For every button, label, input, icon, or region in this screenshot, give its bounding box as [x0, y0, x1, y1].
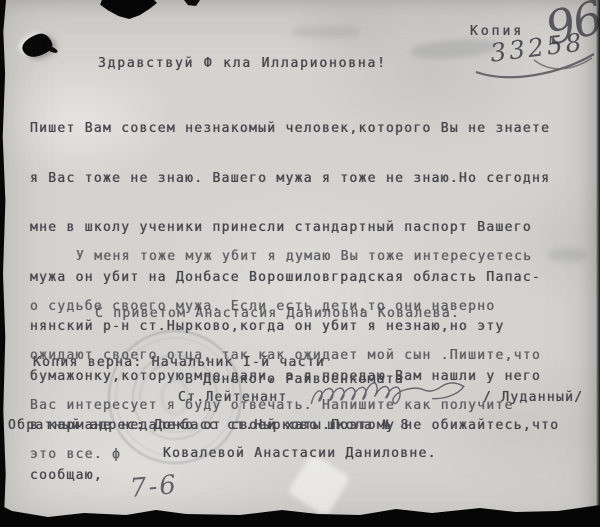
letter-line: Пишет Вам совсем незнакомый человек,кото… — [30, 121, 559, 138]
return-address-line: Обратный адрес: Донбасс ст.Нырково школа… — [8, 418, 410, 433]
addressee-line: Ковалевой Анастасии Даниловне. — [163, 446, 437, 461]
letter-line: я Вас тоже не знаю. Вашего мужа я тоже н… — [30, 171, 559, 188]
handwritten-flourish — [468, 38, 598, 88]
handwritten-signature — [308, 377, 478, 411]
scan-edge-right — [596, 0, 600, 527]
certification-line-1: Копия верна: Начальник I-й части — [33, 355, 325, 370]
handwritten-footnote: 7-6 — [129, 470, 179, 504]
certification-name: / Луданный/ — [483, 390, 583, 405]
certification-rank: Ст.Лейтенант — [178, 390, 288, 405]
letter-line: У меня тоже муж убит я думаю Вы тоже инт… — [30, 249, 541, 266]
signoff-line: С приветом Анастасия Даниловна Ковалева. — [95, 306, 460, 321]
greeting-line: Здравствуй Ф кла Илларионовна! — [98, 56, 387, 71]
scanned-letter-page: Копия 33258 96 Здравствуй Ф кла Илларион… — [0, 0, 600, 527]
